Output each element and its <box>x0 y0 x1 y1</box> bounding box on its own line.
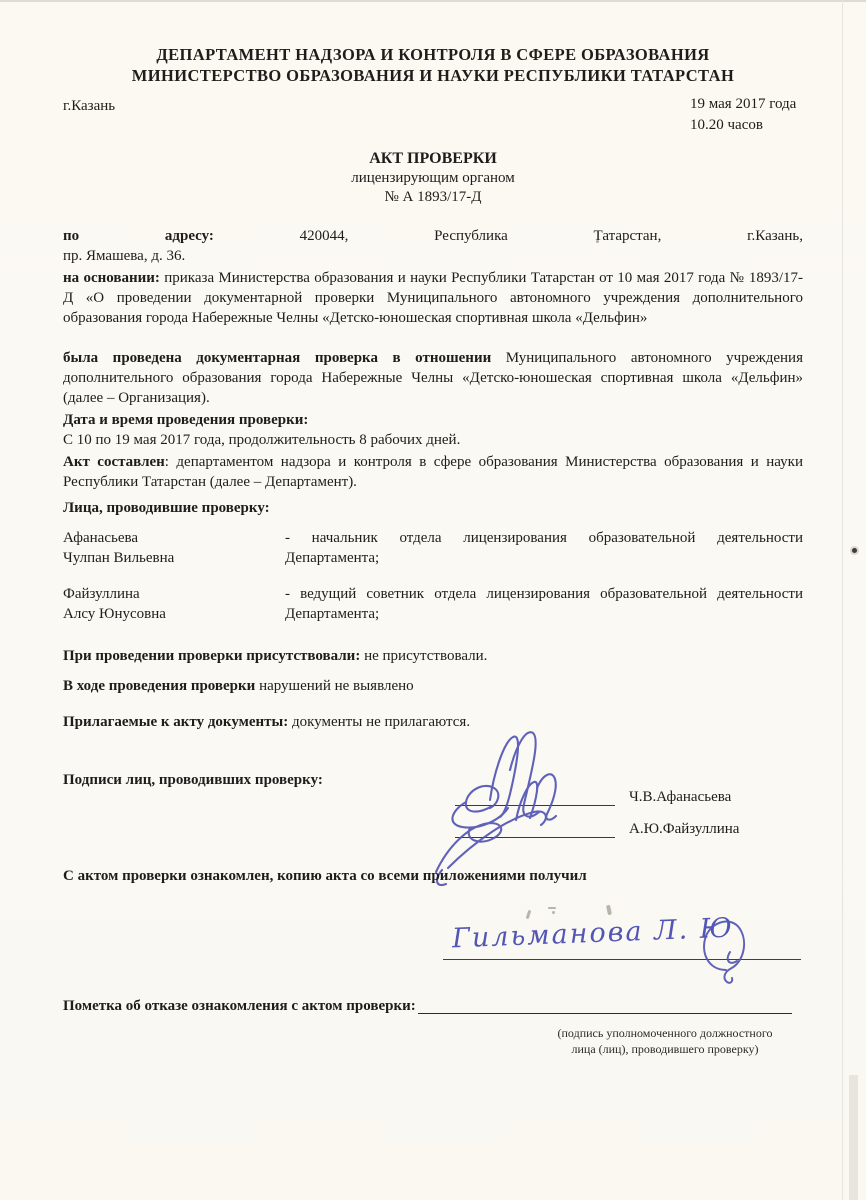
composed-text: : департаментом надзора и контроля в сфе… <box>63 454 803 490</box>
scan-speck <box>548 907 556 909</box>
scan-speck <box>606 905 612 916</box>
findings-statement: В ходе проведения проверки нарушений не … <box>63 676 803 696</box>
org-name-line2: МИНИСТЕРСТВО ОБРАЗОВАНИЯ И НАУКИ РЕСПУБЛ… <box>0 65 866 86</box>
inspector-name-line: Файзуллина <box>63 584 285 604</box>
composed-paragraph: Акт составлен: департаментом надзора и к… <box>63 452 803 492</box>
findings-text: нарушений не выявлено <box>255 678 413 694</box>
inspector-name-line: Алсу Юнусовна <box>63 604 285 624</box>
refusal-caption: (подпись уполномоченного должностного ли… <box>520 1025 810 1057</box>
refusal-caption-line: (подпись уполномоченного должностного <box>520 1025 810 1041</box>
address-part: Татарстан, <box>594 226 662 246</box>
period-heading: Дата и время проведения проверки: <box>63 410 803 430</box>
scan-dot <box>852 548 857 553</box>
handwritten-signature-ink <box>420 722 650 882</box>
inspector-name: Файзуллина Алсу Юнусовна <box>63 584 285 624</box>
present-label: При проведении проверки присутствовали: <box>63 648 360 664</box>
acknowledgment-heading: С актом проверки ознакомлен, копию акта … <box>63 866 803 886</box>
address-line2: пр. Ямашева, д. 36. <box>63 246 803 266</box>
refusal-caption-line: лица (лиц), проводившего проверку) <box>520 1041 810 1057</box>
present-text: не присутствовали. <box>360 648 487 664</box>
inspector-name-line: Чулпан Вильевна <box>63 548 285 568</box>
doc-subtitle: лицензирующим органом <box>0 169 866 189</box>
conducted-paragraph: была проведена документарная проверка в … <box>63 348 803 408</box>
doc-datetime: 19 мая 2017 года 10.20 часов <box>690 94 840 136</box>
handwritten-flourish-ink <box>688 912 754 986</box>
address-line1: по адресу: 420044, Республика Татарстан,… <box>63 226 803 246</box>
doc-city: г.Казань <box>63 96 115 116</box>
basis-paragraph: на основании: приказа Министерства образ… <box>63 268 803 328</box>
conducted-label: была проведена документарная проверка в … <box>63 350 491 366</box>
findings-label: В ходе проведения проверки <box>63 678 255 694</box>
refusal-row: Пометка об отказе ознакомления с актом п… <box>63 996 792 1016</box>
inspector-role: - начальник отдела лицензирования образо… <box>285 528 803 568</box>
present-statement: При проведении проверки присутствовали: … <box>63 646 803 666</box>
address-part: г.Казань, <box>747 226 803 246</box>
basis-label: на основании: <box>63 270 160 286</box>
inspectors-heading: Лица, проводившие проверку: <box>63 498 803 518</box>
doc-title: АКТ ПРОВЕРКИ <box>0 149 866 169</box>
org-header: ДЕПАРТАМЕНТ НАДЗОРА И КОНТРОЛЯ В СФЕРЕ О… <box>0 44 866 86</box>
composed-label: Акт составлен <box>63 454 165 470</box>
inspector-role: - ведущий советник отдела лицензирования… <box>285 584 803 624</box>
doc-number: № А 1893/17-Д <box>0 188 866 208</box>
doc-date: 19 мая 2017 года <box>690 94 840 115</box>
inspector-row: Афанасьева Чулпан Вильевна - начальник о… <box>63 528 803 568</box>
scan-speck <box>526 910 532 919</box>
address-label-word: по <box>63 226 79 246</box>
address-paragraph: по адресу: 420044, Республика Татарстан,… <box>63 226 803 266</box>
attachments-label: Прилагаемые к акту документы: <box>63 714 288 730</box>
org-name-line1: ДЕПАРТАМЕНТ НАДЗОРА И КОНТРОЛЯ В СФЕРЕ О… <box>0 44 866 65</box>
address-part: 420044, <box>300 226 349 246</box>
refusal-blank-line <box>418 1013 792 1014</box>
doc-title-block: АКТ ПРОВЕРКИ лицензирующим органом № А 1… <box>0 149 866 208</box>
scan-edge-right-band <box>849 1075 858 1200</box>
scan-speck <box>552 911 555 914</box>
address-label-word: адресу: <box>165 226 214 246</box>
inspector-row: Файзуллина Алсу Юнусовна - ведущий совет… <box>63 584 803 624</box>
refusal-label: Пометка об отказе ознакомления с актом п… <box>63 996 416 1016</box>
address-part: Республика <box>434 226 508 246</box>
period-text: С 10 по 19 мая 2017 года, продолжительно… <box>63 430 803 450</box>
doc-time: 10.20 часов <box>690 115 840 136</box>
document-page: ДЕПАРТАМЕНТ НАДЗОРА И КОНТРОЛЯ В СФЕРЕ О… <box>0 0 866 1200</box>
inspector-name: Афанасьева Чулпан Вильевна <box>63 528 285 568</box>
scan-edge-top <box>0 0 866 2</box>
basis-text: приказа Министерства образования и науки… <box>63 270 803 326</box>
inspector-name-line: Афанасьева <box>63 528 285 548</box>
